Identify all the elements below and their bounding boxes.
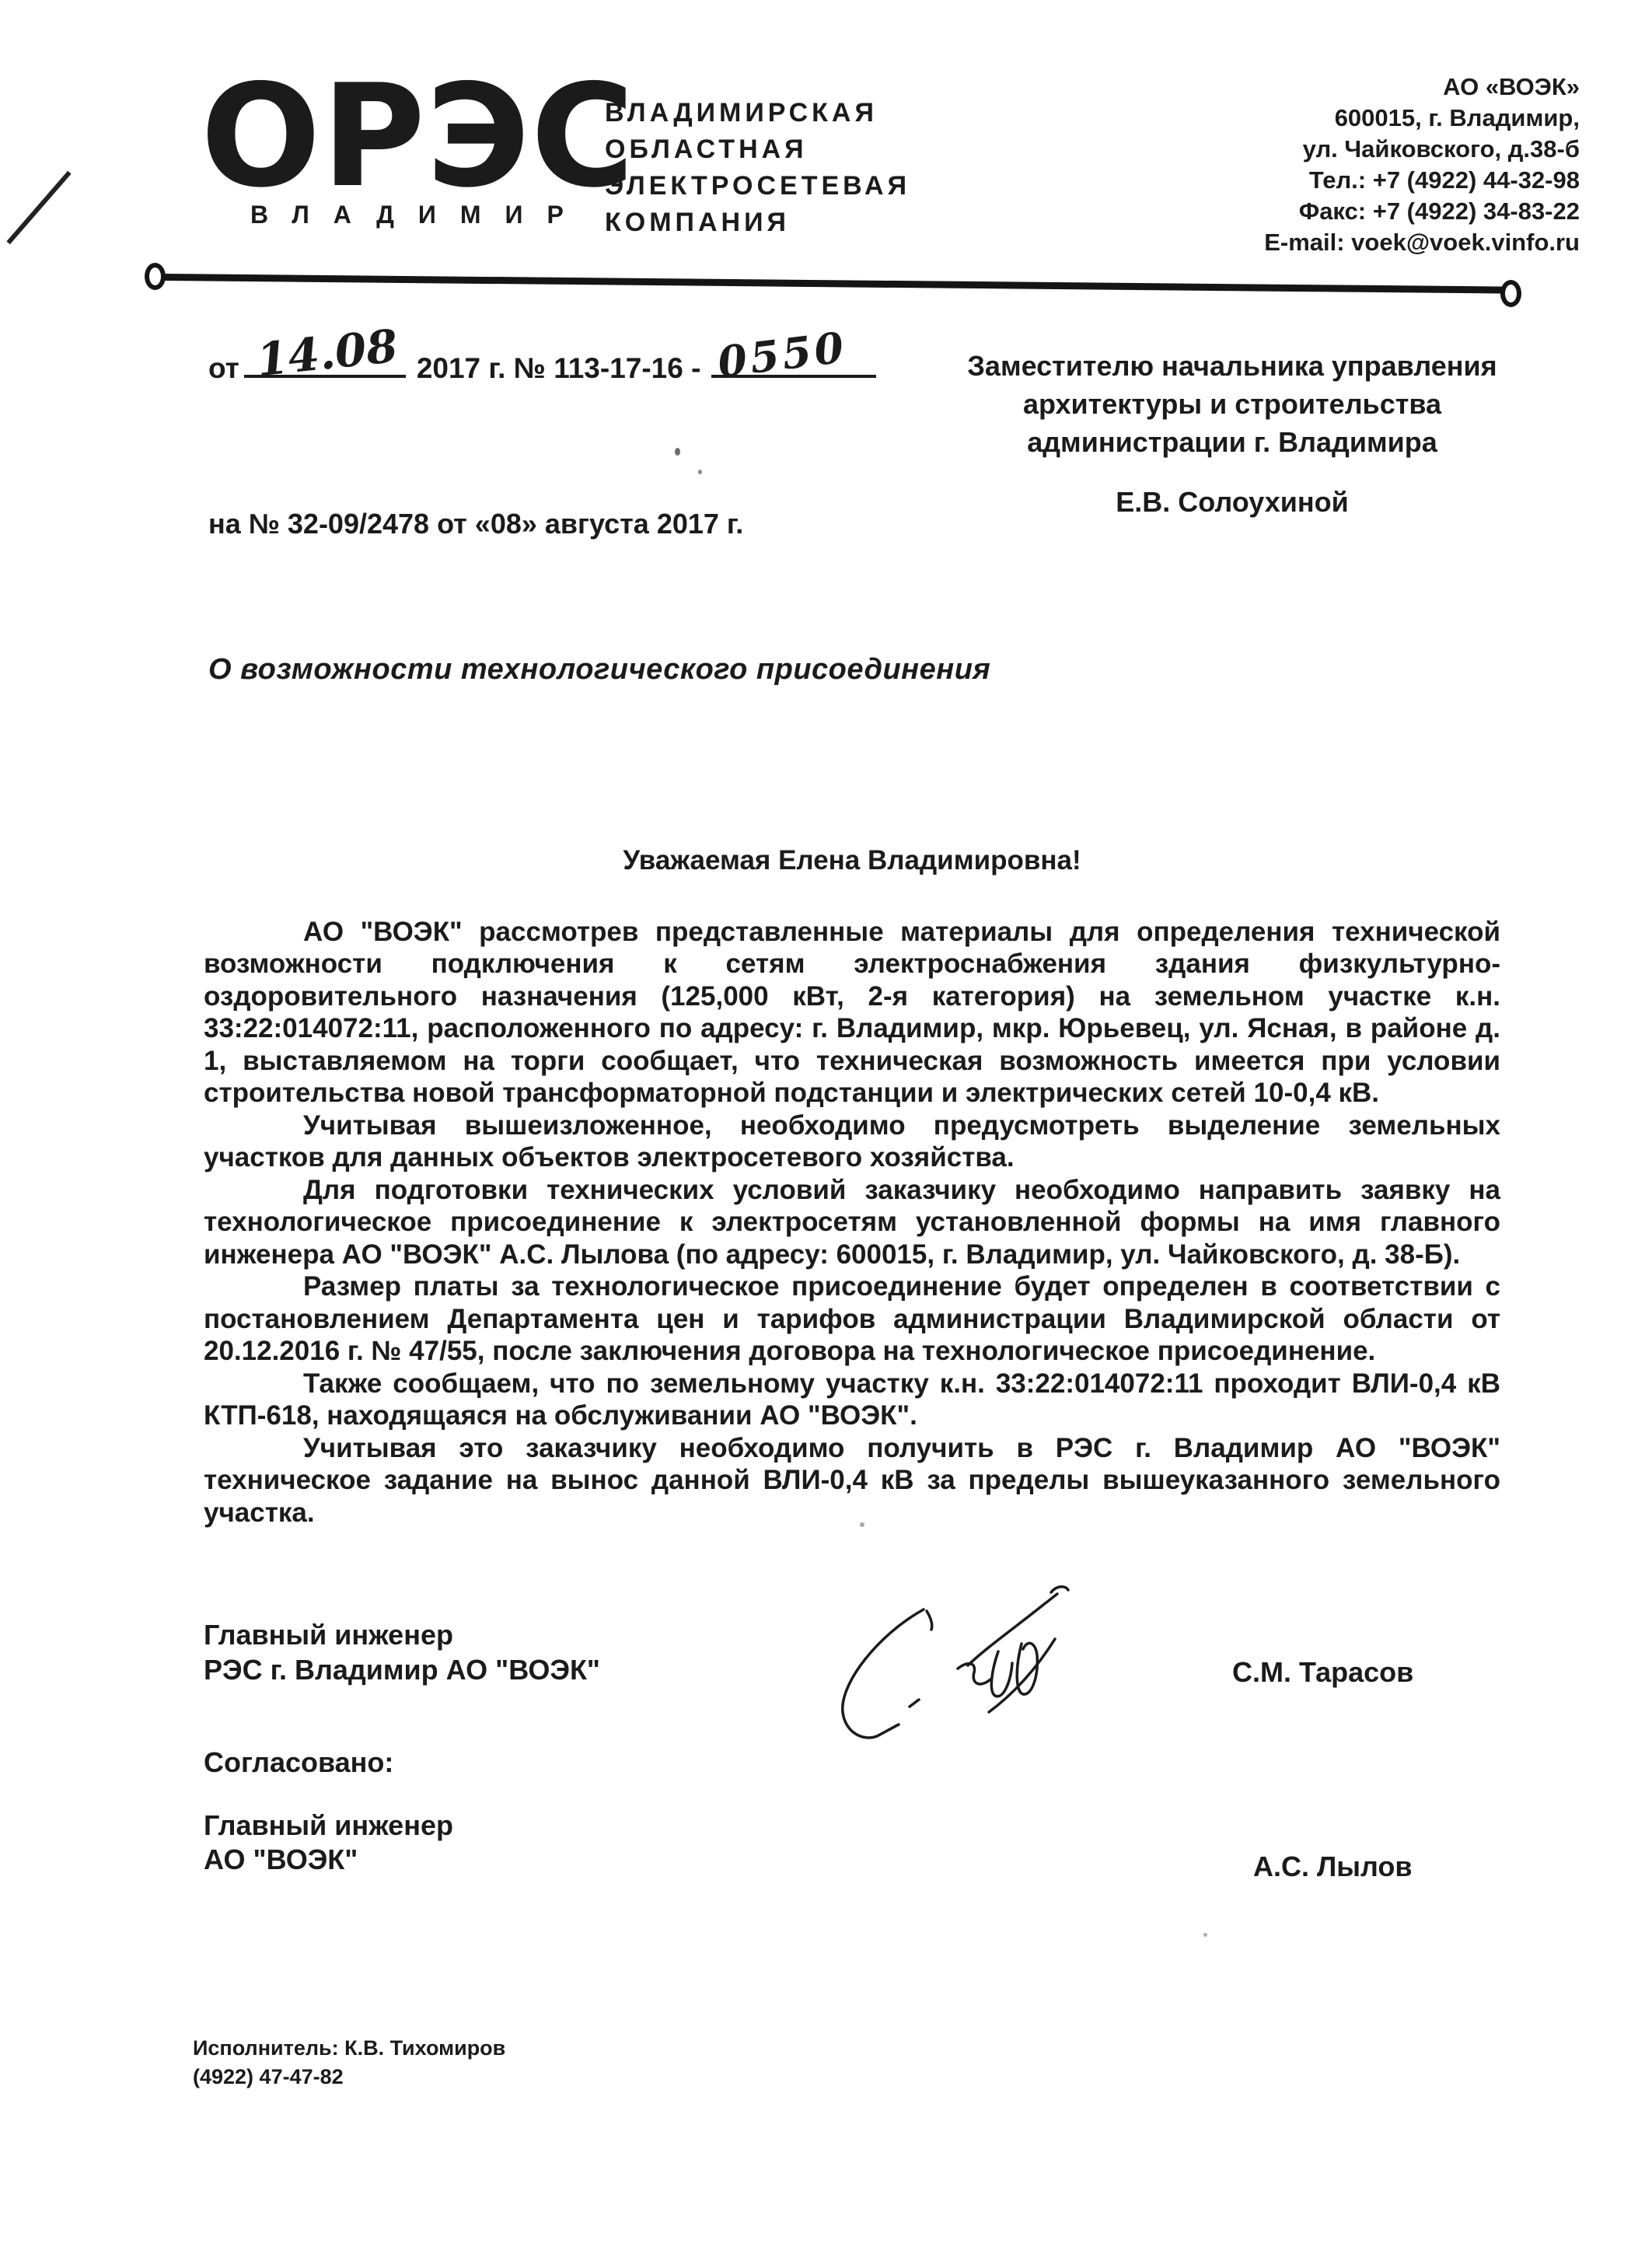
executor-phone-line: (4922) 47-47-82 bbox=[193, 2063, 505, 2092]
addressee-block: Заместителю начальника управления архите… bbox=[921, 347, 1543, 521]
company-name-line: ВЛАДИМИРСКАЯ bbox=[605, 95, 910, 131]
letter-subject: О возможности технологического присоедин… bbox=[208, 653, 990, 687]
company-full-name: ВЛАДИМИРСКАЯ ОБЛАСТНАЯ ЭЛЕКТРОСЕТЕВАЯ КО… bbox=[605, 95, 910, 241]
salutation: Уважаемая Елена Владимировна! bbox=[204, 844, 1500, 877]
scan-speck bbox=[698, 470, 702, 474]
scan-corner-pen-mark bbox=[6, 171, 71, 245]
company-logo-text: ОРЭС bbox=[201, 65, 635, 207]
scan-speck bbox=[675, 448, 680, 456]
addressee-line: Заместителю начальника управления bbox=[921, 347, 1543, 385]
outgoing-reference-line: от14.082017 г. № 113-17-16 -0550 bbox=[208, 342, 876, 385]
company-name-line: КОМПАНИЯ bbox=[605, 204, 910, 241]
scan-speck bbox=[860, 1522, 864, 1527]
letterhead-divider bbox=[165, 274, 1508, 294]
signatory-name-first: С.М. Тарасов bbox=[1232, 1656, 1413, 1689]
contact-line-org: АО «ВОЭК» bbox=[1119, 72, 1580, 103]
addressee-line: администрации г. Владимира bbox=[921, 423, 1543, 461]
company-contact-block: АО «ВОЭК» 600015, г. Владимир, ул. Чайко… bbox=[1119, 72, 1580, 258]
ref-number-printed: 2017 г. № 113-17-16 - bbox=[417, 352, 701, 384]
contact-line-fax: Факс: +7 (4922) 34-83-22 bbox=[1119, 196, 1580, 227]
body-paragraph: Также сообщаем, что по земельному участк… bbox=[204, 1368, 1500, 1432]
handwritten-number: 0550 bbox=[715, 322, 850, 387]
divider-right-ring-icon bbox=[1500, 280, 1521, 307]
scanned-letter-page: ОРЭС ВЛАДИМИР ВЛАДИМИРСКАЯ ОБЛАСТНАЯ ЭЛЕ… bbox=[0, 0, 1652, 2268]
signatory-position-line: Главный инженер bbox=[204, 1617, 600, 1652]
executor-footer: Исполнитель: К.В. Тихомиров (4922) 47-47… bbox=[193, 2034, 505, 2092]
body-paragraph: Для подготовки технических условий заказ… bbox=[204, 1174, 1500, 1271]
company-name-line: ЭЛЕКТРОСЕТЕВАЯ bbox=[605, 168, 910, 204]
signatory-position-line: АО "ВОЭК" bbox=[204, 1843, 453, 1877]
body-paragraph: Размер платы за технологическое присоеди… bbox=[204, 1270, 1500, 1368]
handwritten-date-slot: 14.08 bbox=[244, 342, 406, 378]
company-logo-city: ВЛАДИМИР bbox=[250, 201, 588, 229]
contact-line-email: E-mail: voek@voek.vinfo.ru bbox=[1119, 227, 1580, 258]
signatory-position-first: Главный инженер РЭС г. Владимир АО "ВОЭК… bbox=[204, 1617, 600, 1687]
executor-name-line: Исполнитель: К.В. Тихомиров bbox=[193, 2034, 505, 2063]
addressee-name: Е.В. Солоухиной bbox=[921, 483, 1543, 521]
letter-body: Уважаемая Елена Владимировна! АО "ВОЭК" … bbox=[204, 844, 1500, 1529]
addressee-line: архитектуры и строительства bbox=[921, 385, 1543, 423]
contact-line-phone: Тел.: +7 (4922) 44-32-98 bbox=[1119, 165, 1580, 196]
company-name-line: ОБЛАСТНАЯ bbox=[605, 131, 910, 168]
agreed-label: Согласовано: bbox=[204, 1746, 393, 1779]
signatory-name-second: А.С. Лылов bbox=[1253, 1850, 1413, 1883]
contact-line-street: ул. Чайковского, д.38-б bbox=[1119, 134, 1580, 165]
handwritten-signature bbox=[700, 1547, 1166, 1742]
signatory-position-line: РЭС г. Владимир АО "ВОЭК" bbox=[204, 1652, 600, 1687]
handwritten-date: 14.08 bbox=[254, 320, 400, 387]
reply-reference-line: на № 32-09/2478 от «08» августа 2017 г. bbox=[208, 508, 743, 540]
signatory-position-second: Главный инженер АО "ВОЭК" bbox=[204, 1808, 453, 1877]
handwritten-number-slot: 0550 bbox=[711, 342, 876, 378]
scan-speck bbox=[1203, 1933, 1207, 1937]
signatory-position-line: Главный инженер bbox=[204, 1808, 453, 1843]
divider-left-ring-icon bbox=[145, 263, 166, 290]
contact-line-postcode: 600015, г. Владимир, bbox=[1119, 103, 1580, 134]
body-paragraph: Учитывая это заказчику необходимо получи… bbox=[204, 1432, 1500, 1529]
body-paragraph: Учитывая вышеизложенное, необходимо пред… bbox=[204, 1110, 1500, 1174]
ref-from-label: от bbox=[208, 352, 239, 384]
body-paragraph: АО "ВОЭК" рассмотрев представленные мате… bbox=[204, 916, 1500, 1110]
